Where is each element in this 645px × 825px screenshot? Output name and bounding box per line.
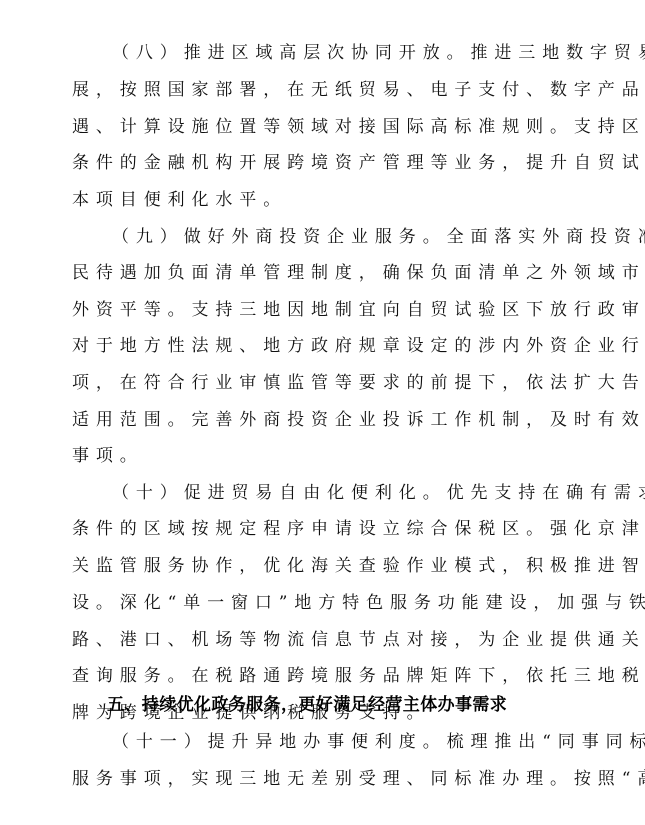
paragraph-line: 项，在符合行业审慎监管等要求的前提下，依法扩大告知承诺制: [72, 371, 582, 395]
paragraph-line: 条件的区域按规定程序申请设立综合保税区。强化京津冀区域海: [72, 517, 582, 541]
paragraph-line: （九）做好外商投资企业服务。全面落实外商投资准入前国: [112, 225, 622, 249]
paragraph-line: 对于地方性法规、地方政府规章设定的涉内外资企业行政许可事: [72, 334, 582, 358]
paragraph-line: 服务事项，实现三地无差别受理、同标准办理。按照“高效办成: [72, 767, 582, 791]
paragraph-line: 遇、计算设施位置等领域对接国际高标准规则。支持区域内符合: [72, 115, 582, 139]
paragraph-line: 民待遇加负面清单管理制度，确保负面清单之外领域市场准入内: [72, 261, 582, 285]
section-heading: 五、持续优化政务服务，更好满足经营主体办事需求: [107, 693, 507, 717]
paragraph-line: 本项目便利化水平。: [72, 188, 582, 212]
paragraph-line: （八）推进区域高层次协同开放。推进三地数字贸易协同发: [112, 41, 622, 65]
paragraph-line: 路、港口、机场等物流信息节点对接，为企业提供通关物流状态: [72, 628, 582, 652]
document-page: （八）推进区域高层次协同开放。推进三地数字贸易协同发 展，按照国家部署，在无纸贸…: [0, 0, 645, 825]
paragraph-line: 适用范围。完善外商投资企业投诉工作机制，及时有效处理投诉: [72, 408, 582, 432]
paragraph-line: 查询服务。在税路通跨境服务品牌矩阵下，依托三地税路通子品: [72, 664, 582, 688]
paragraph-line: 展，按照国家部署，在无纸贸易、电子支付、数字产品非歧视待: [72, 78, 582, 102]
paragraph-line: （十）促进贸易自由化便利化。优先支持在确有需求且符合: [112, 481, 622, 505]
paragraph-line: 条件的金融机构开展跨境资产管理等业务，提升自贸试验区内资: [72, 151, 582, 175]
paragraph-line: 外资平等。支持三地因地制宜向自贸试验区下放行政审批权限，: [72, 298, 582, 322]
paragraph-line: 设。深化“单一窗口”地方特色服务功能建设，加强与铁路、公: [72, 591, 582, 615]
paragraph-line: （十一）提升异地办事便利度。梳理推出“同事同标”政务: [112, 730, 622, 754]
paragraph-line: 关监管服务协作，优化海关查验作业模式，积极推进智慧口岸建: [72, 554, 582, 578]
paragraph-line: 事项。: [72, 444, 582, 468]
